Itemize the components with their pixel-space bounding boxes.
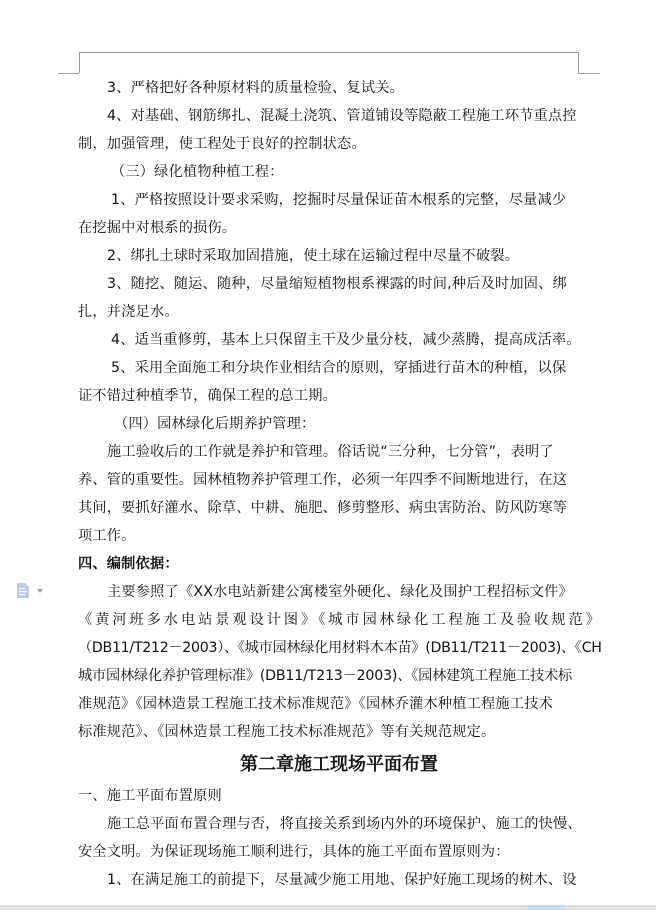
paragraph: 1、在满足施工的前提下，尽量减少施工用地、保护好施工现场的树木、设 (78, 866, 600, 894)
paragraph: 3、随挖、随运、随种，尽量缩短植物根系裸露的时间,种后及时加固、绑 (78, 270, 600, 298)
paragraph: 1、严格按照设计要求采购，挖掘时尽量保证苗木根系的完整，尽量减少 (78, 186, 600, 214)
header-guide-left-vertical (79, 52, 80, 73)
paragraph: 5、采用全面施工和分块作业相结合的原则，穿插进行苗木的种植，以保 (78, 354, 600, 382)
section-heading: 四、编制依据： (78, 550, 600, 578)
paragraph: （DB11/T212－2003）、《城市园林绿化用材料木本苗》(DB11/T21… (78, 634, 600, 662)
paragraph: 《黄河班多水电站景观设计图》《城市园林绿化工程施工及验收规范》 (78, 606, 600, 634)
subsection-heading: （三）绿化植物种植工程： (78, 158, 600, 186)
paragraph: 准规范》《园林造景工程施工技术标准规范》《园林乔灌木种植工程施工技术 (78, 690, 600, 718)
header-guide-left-tick (58, 73, 79, 74)
paragraph: 2、绑扎土球时采取加固措施，使土球在运输过程中尽量不破裂。 (78, 242, 600, 270)
document-page: 3、严格把好各种原材料的质量检验、复试关。 4、对基础、钢筋绑扎、混凝土浇筑、管… (78, 74, 600, 894)
paragraph: 证不错过种植季节，确保工程的总工期。 (78, 382, 600, 410)
paragraph: 其间，要抓好灌水、除草、中耕、施肥、修剪整形、病虫害防治、防风防寒等 (78, 494, 600, 522)
paragraph: 养、管的重要性。园林植物养护管理工作，必须一年四季不间断地进行，在这 (78, 466, 600, 494)
paragraph: 4、对基础、钢筋绑扎、混凝土浇筑、管道铺设等隐蔽工程施工环节重点控 (78, 102, 600, 130)
subsection-heading: （四）园林绿化后期养护管理： (78, 410, 600, 438)
paragraph: 施工总平面布置合理与否，将直接关系到场内外的环境保护、施工的快慢、 (78, 810, 600, 838)
paragraph: 项工作。 (78, 522, 600, 550)
paragraph: 在挖掘中对根系的损伤。 (78, 214, 600, 242)
paragraph: 主要参照了《XX水电站新建公寓楼室外硬化、绿化及围护工程招标文件》 (78, 578, 600, 606)
header-guide-top (79, 52, 579, 53)
document-options-icon[interactable] (17, 583, 29, 598)
scrollbar-thumb[interactable] (528, 905, 565, 910)
paragraph: 扎，并浇足水。 (78, 298, 600, 326)
paragraph: 4、适当重修剪，基本上只保留主干及少量分枝，减少蒸腾，提高成活率。 (78, 326, 600, 354)
paragraph: 安全文明。为保证现场施工顺利进行，具体的施工平面布置原则为： (78, 838, 600, 866)
paragraph: 制，加强管理，使工程处于良好的控制状态。 (78, 130, 600, 158)
paragraph: 施工验收后的工作就是养护和管理。俗话说“三分种，七分管”，表明了 (78, 438, 600, 466)
paragraph: 城市园林绿化养护管理标准》(DB11/T213－2003)、《园林建筑工程施工技… (78, 662, 600, 690)
chapter-title: 第二章施工现场平面布置 (78, 748, 600, 782)
paragraph: 标准规范》、《园林造景工程施工技术标准规范》等有关规范规定。 (78, 718, 600, 746)
header-guide-right-vertical (578, 52, 579, 73)
chevron-down-icon[interactable] (37, 589, 43, 593)
paragraph: 3、严格把好各种原材料的质量检验、复试关。 (78, 74, 600, 102)
section-heading: 一、施工平面布置原则 (78, 782, 600, 810)
